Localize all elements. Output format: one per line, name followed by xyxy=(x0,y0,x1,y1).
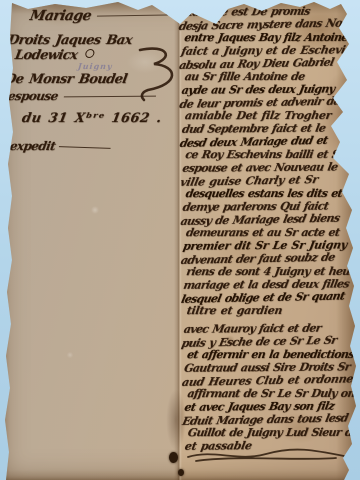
cover-entry-name: Droits Jaques Bax xyxy=(7,33,133,48)
scan-background: Mariage Droits Jaques Bax Lodewicx Juign… xyxy=(0,0,360,480)
manuscript-line: riens de sont 4 Juigny et heures xyxy=(185,265,359,278)
manuscript-line: entre Jaques Bay filz Antoine xyxy=(183,31,357,44)
manuscript-line: desquelles estans les dits et xyxy=(185,187,359,200)
manuscript-line: tiltre et gardien xyxy=(186,304,360,317)
flourish-underline-icon xyxy=(186,447,348,465)
manuscript-line: amiable Det filz Trogher xyxy=(184,109,358,122)
manuscript-line: au Sr fille Antoine de xyxy=(184,70,358,83)
cover-date: du 31 Xᵇʳᵉ 1662 . xyxy=(21,111,163,126)
cover-holder-line: De Monsr Boudel xyxy=(4,72,128,87)
manuscript-text-block: Mariage est De promisdesja Sacre mystere… xyxy=(181,4,357,452)
manuscript-line: affirmant de Sr Le Sr Duly on xyxy=(187,387,360,400)
manuscript-line: et affermir en la benedictions xyxy=(186,348,360,361)
manuscript-line: demeurans et au Sr acte et xyxy=(185,226,359,239)
cover-spouse-line: espouse xyxy=(7,89,157,103)
document-paper: Mariage Droits Jaques Bax Lodewicx Juign… xyxy=(0,0,360,480)
cover-title: Mariage xyxy=(29,8,177,24)
brace-flourish-icon xyxy=(138,46,176,102)
ink-blot xyxy=(178,469,184,476)
manuscript-line: ce Roy Eschevins bailli et Sr xyxy=(184,148,358,161)
pencil-annotation: Juigny xyxy=(77,61,113,71)
cover-page: Mariage Droits Jaques Bax Lodewicx Juign… xyxy=(0,0,178,480)
ink-blot xyxy=(169,452,178,463)
cover-docket-note: expedit xyxy=(9,139,113,153)
manuscript-line: Guillot de Juigny Lud Sieur dud xyxy=(187,426,360,439)
